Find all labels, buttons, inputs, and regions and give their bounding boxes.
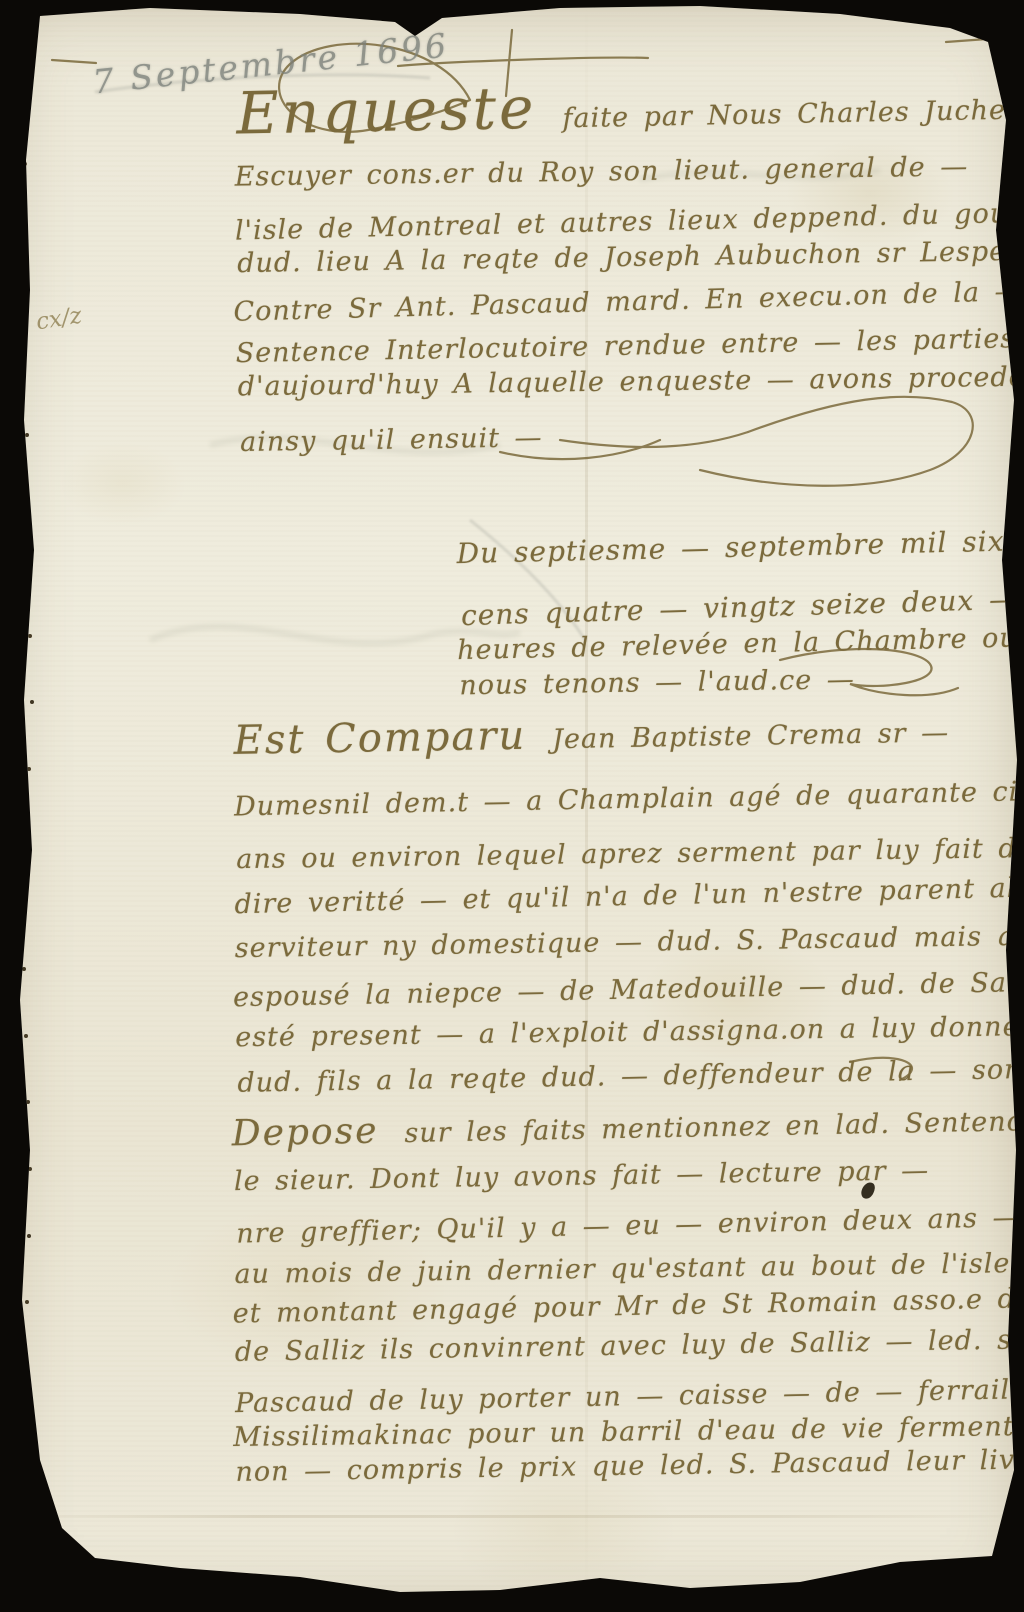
deposition-line-rest: sur les faits mentionnez en lad. Sentenc… [404,1105,1024,1149]
manuscript-line: Dumesnil dem.t — a Champlain agé de quar… [234,775,1024,823]
manuscript-line: Escuyer cons.er du Roy son lieut. genera… [235,151,969,192]
date-line: nous tenons — l'aud.ce — [459,664,855,701]
manuscript-line: espousé la niepce — de Matedouille — dud… [233,964,1024,1014]
manuscript-line: et montant engagé pour Mr de St Romain a… [232,1282,1024,1330]
manuscript-line: le sieur. Dont luy avons fait — lecture … [234,1155,930,1197]
manuscript-line: nre greffier; Qu'il y a — eu — environ d… [236,1202,1021,1249]
manuscript-line: de Salliz ils convinrent avec luy de Sal… [235,1324,1024,1368]
date-line: heures de relevée en la Chambre ou [457,622,1018,666]
manuscript-line: l'isle de Montreal et autres lieux deppe… [235,194,1024,246]
opening-word-enqueste: Enqueste [236,74,537,148]
horizontal-fold-crease [0,1515,1024,1518]
manuscript-line: Missilimakinac pour un barril d'eau de v… [233,1411,1024,1454]
photo-backdrop: 7 Septembre 1696 cx/z Enqueste faite par… [0,0,1024,1612]
manuscript-line: ainsy qu'il ensuit — [240,422,543,458]
date-line: Du septiesme — septembre mil six [456,525,1004,570]
manuscript-page: 7 Septembre 1696 cx/z Enqueste faite par… [0,0,1024,1612]
manuscript-line: au mois de juin dernier qu'estant au bou… [234,1248,1024,1290]
vertical-fold-crease [585,0,588,1612]
manuscript-line: serviteur ny domestique — dud. S. Pascau… [235,919,1024,964]
quill-flourish-strokes [52,30,1014,1080]
date-line: cens quatre — vingtz seize deux — [461,583,1019,633]
manuscript-line: dud. lieu A la reqte de Joseph Aubuchon … [237,234,1024,279]
manuscript-line: Pascaud de luy porter un — caisse — de —… [235,1372,1024,1419]
manuscript-line: Sentence Interlocutoire rendue entre — l… [235,322,1024,369]
opening-line: Enqueste faite par Nous Charles Jucherea… [236,63,1024,148]
opening-word-est-comparu: Est Comparu [233,713,526,764]
manuscript-line: esté present — a l'exploit d'assigna.on … [235,1010,1024,1053]
manuscript-line: non — compris le prix que led. S. Pascau… [235,1444,1024,1488]
manuscript-line: d'aujourd'huy A laquelle enqueste — avon… [238,361,1024,402]
bleed-through-ghost-marks [150,170,880,643]
manuscript-line: ans ou environ lequel aprez serment par … [236,832,1024,875]
deposition-line: Depose sur les faits mentionnez en lad. … [231,1097,1024,1154]
ink-flourishes [0,0,1024,1612]
comparution-line: Est Comparu Jean Baptiste Crema sr — [233,705,949,763]
pencil-date-annotation: 7 Septembre 1696 [91,25,451,101]
stitch-holes [0,0,4,4]
opening-line-rest: faite par Nous Charles Juchereau — [562,93,1024,135]
manuscript-line: Contre Sr Ant. Pascaud mard. En execu.on… [233,276,1023,328]
manuscript-line: dud. fils a la reqte dud. — deffendeur d… [237,1052,1024,1098]
pencil-ghost-stroke [95,75,585,640]
ink-blot [859,1180,876,1200]
manuscript-line: dire veritté — et qu'il n'a de l'un n'es… [234,871,1024,920]
opening-word-depose: Depose [231,1111,378,1155]
folio-mark: cx/z [34,303,83,336]
comparution-line-rest: Jean Baptiste Crema sr — [552,717,950,755]
manuscript-text: Enqueste faite par Nous Charles Jucherea… [0,0,1024,1612]
